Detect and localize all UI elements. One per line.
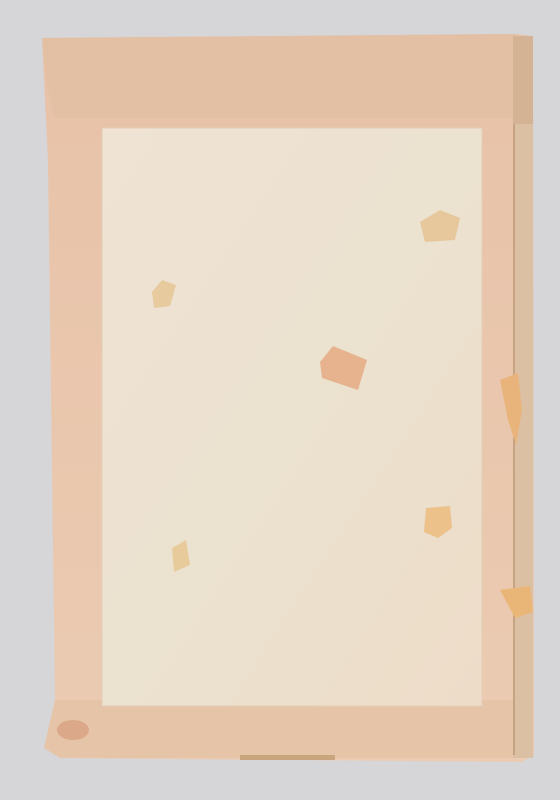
label-strip: [240, 755, 335, 760]
paper-back-illustration: [0, 0, 560, 800]
stain: [57, 720, 89, 740]
photo-scene: [0, 0, 560, 800]
bottom-fold: [44, 700, 515, 758]
top-fold: [42, 34, 515, 118]
inner-sheet: [102, 128, 482, 706]
